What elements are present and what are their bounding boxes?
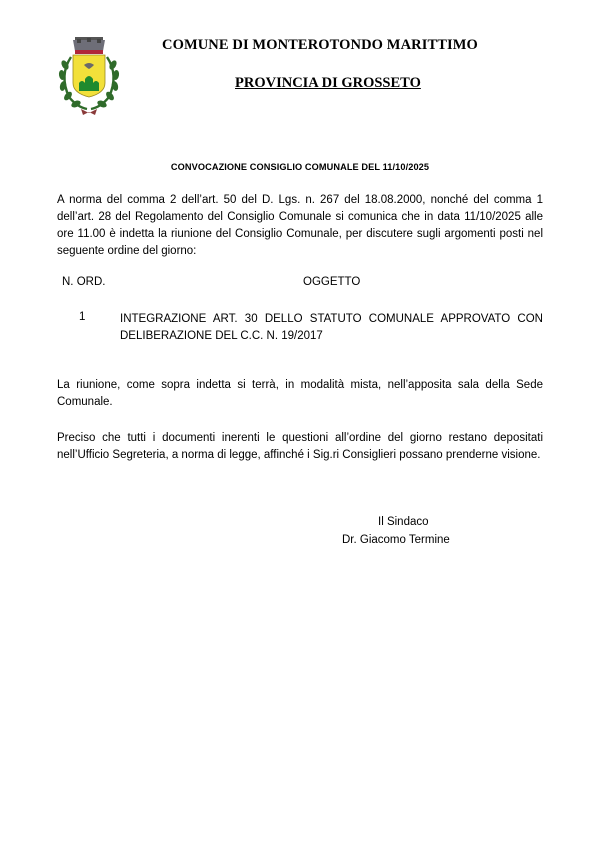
- province-name: PROVINCIA DI GROSSETO: [235, 75, 421, 92]
- document-title: CONVOCAZIONE CONSIGLIO COMUNALE DEL 11/1…: [0, 162, 600, 172]
- municipality-name: COMUNE DI MONTEROTONDO MARITTIMO: [162, 37, 522, 54]
- agenda-item-number: 1: [79, 311, 85, 323]
- document-page: COMUNE DI MONTEROTONDO MARITTIMO PROVINC…: [0, 0, 600, 848]
- signatory-name: Dr. Giacomo Termine: [342, 534, 450, 546]
- agenda-header-number: N. ORD.: [62, 276, 105, 288]
- municipal-coat-of-arms-icon: [55, 35, 123, 117]
- documents-note-paragraph: Preciso che tutti i documenti inerenti l…: [57, 430, 543, 464]
- agenda-item-subject: INTEGRAZIONE ART. 30 DELLO STATUTO COMUN…: [120, 311, 543, 345]
- meeting-note-paragraph: La riunione, come sopra indetta si terrà…: [57, 377, 543, 411]
- agenda-header-subject: OGGETTO: [303, 276, 360, 288]
- intro-paragraph: A norma del comma 2 dell’art. 50 del D. …: [57, 192, 543, 260]
- signatory-role: Il Sindaco: [378, 516, 429, 528]
